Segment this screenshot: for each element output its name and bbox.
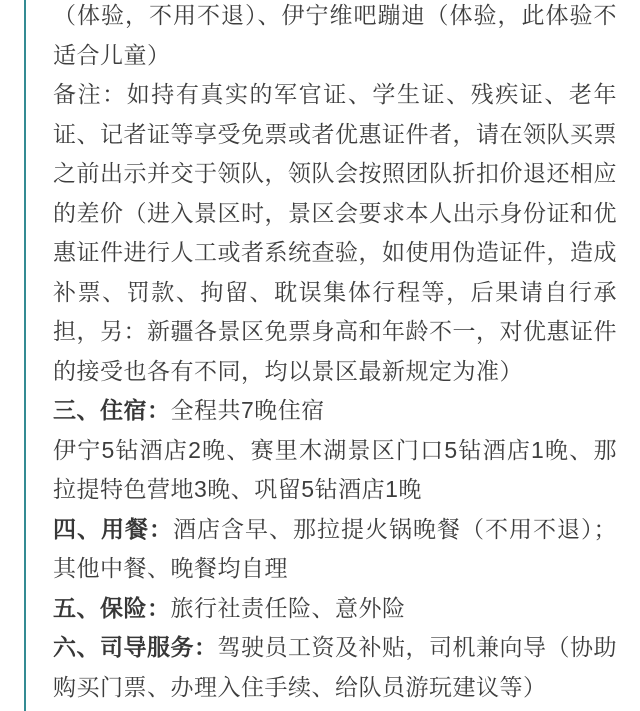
paragraph-remark: 备注：如持有真实的军官证、学生证、残疾证、老年证、记者证等享受免票或者优惠证件者… — [53, 75, 617, 391]
document-content: （体验，不用不退）、伊宁维吧蹦迪（体验，此体验不适合儿童） 备注：如持有真实的军… — [53, 0, 617, 707]
section-driver-guide: 六、司导服务：驾驶员工资及补贴，司机兼向导（协助购买门票、办理入住手续、给队员游… — [53, 628, 617, 707]
paragraph-text: （体验，不用不退）、伊宁维吧蹦迪（体验，此体验不适合儿童） — [53, 2, 617, 68]
section-insurance: 五、保险：旅行社责任险、意外险 — [53, 589, 617, 629]
section-accommodation: 三、住宿：全程共7晚住宿 — [53, 391, 617, 431]
section-label-insurance: 五、保险： — [53, 595, 171, 621]
section-label-meals: 四、用餐： — [53, 516, 173, 542]
section-text: 全程共7晚住宿 — [171, 397, 325, 423]
section-label-accommodation: 三、住宿： — [53, 397, 171, 423]
left-accent-line — [24, 0, 26, 711]
paragraph-experience-note: （体验，不用不退）、伊宁维吧蹦迪（体验，此体验不适合儿童） — [53, 0, 617, 75]
paragraph-text: 备注：如持有真实的军官证、学生证、残疾证、老年证、记者证等享受免票或者优惠证件者… — [53, 81, 617, 384]
section-text: 旅行社责任险、意外险 — [171, 595, 406, 621]
paragraph-text: 伊宁5钻酒店2晚、赛里木湖景区门口5钻酒店1晚、那拉提特色营地3晚、巩留5钻酒店… — [53, 437, 617, 503]
paragraph-accommodation-detail: 伊宁5钻酒店2晚、赛里木湖景区门口5钻酒店1晚、那拉提特色营地3晚、巩留5钻酒店… — [53, 431, 617, 510]
section-label-driver-guide: 六、司导服务： — [53, 634, 218, 660]
section-meals: 四、用餐：酒店含早、那拉提火锅晚餐（不用不退）；其他中餐、晚餐均自理 — [53, 510, 617, 589]
